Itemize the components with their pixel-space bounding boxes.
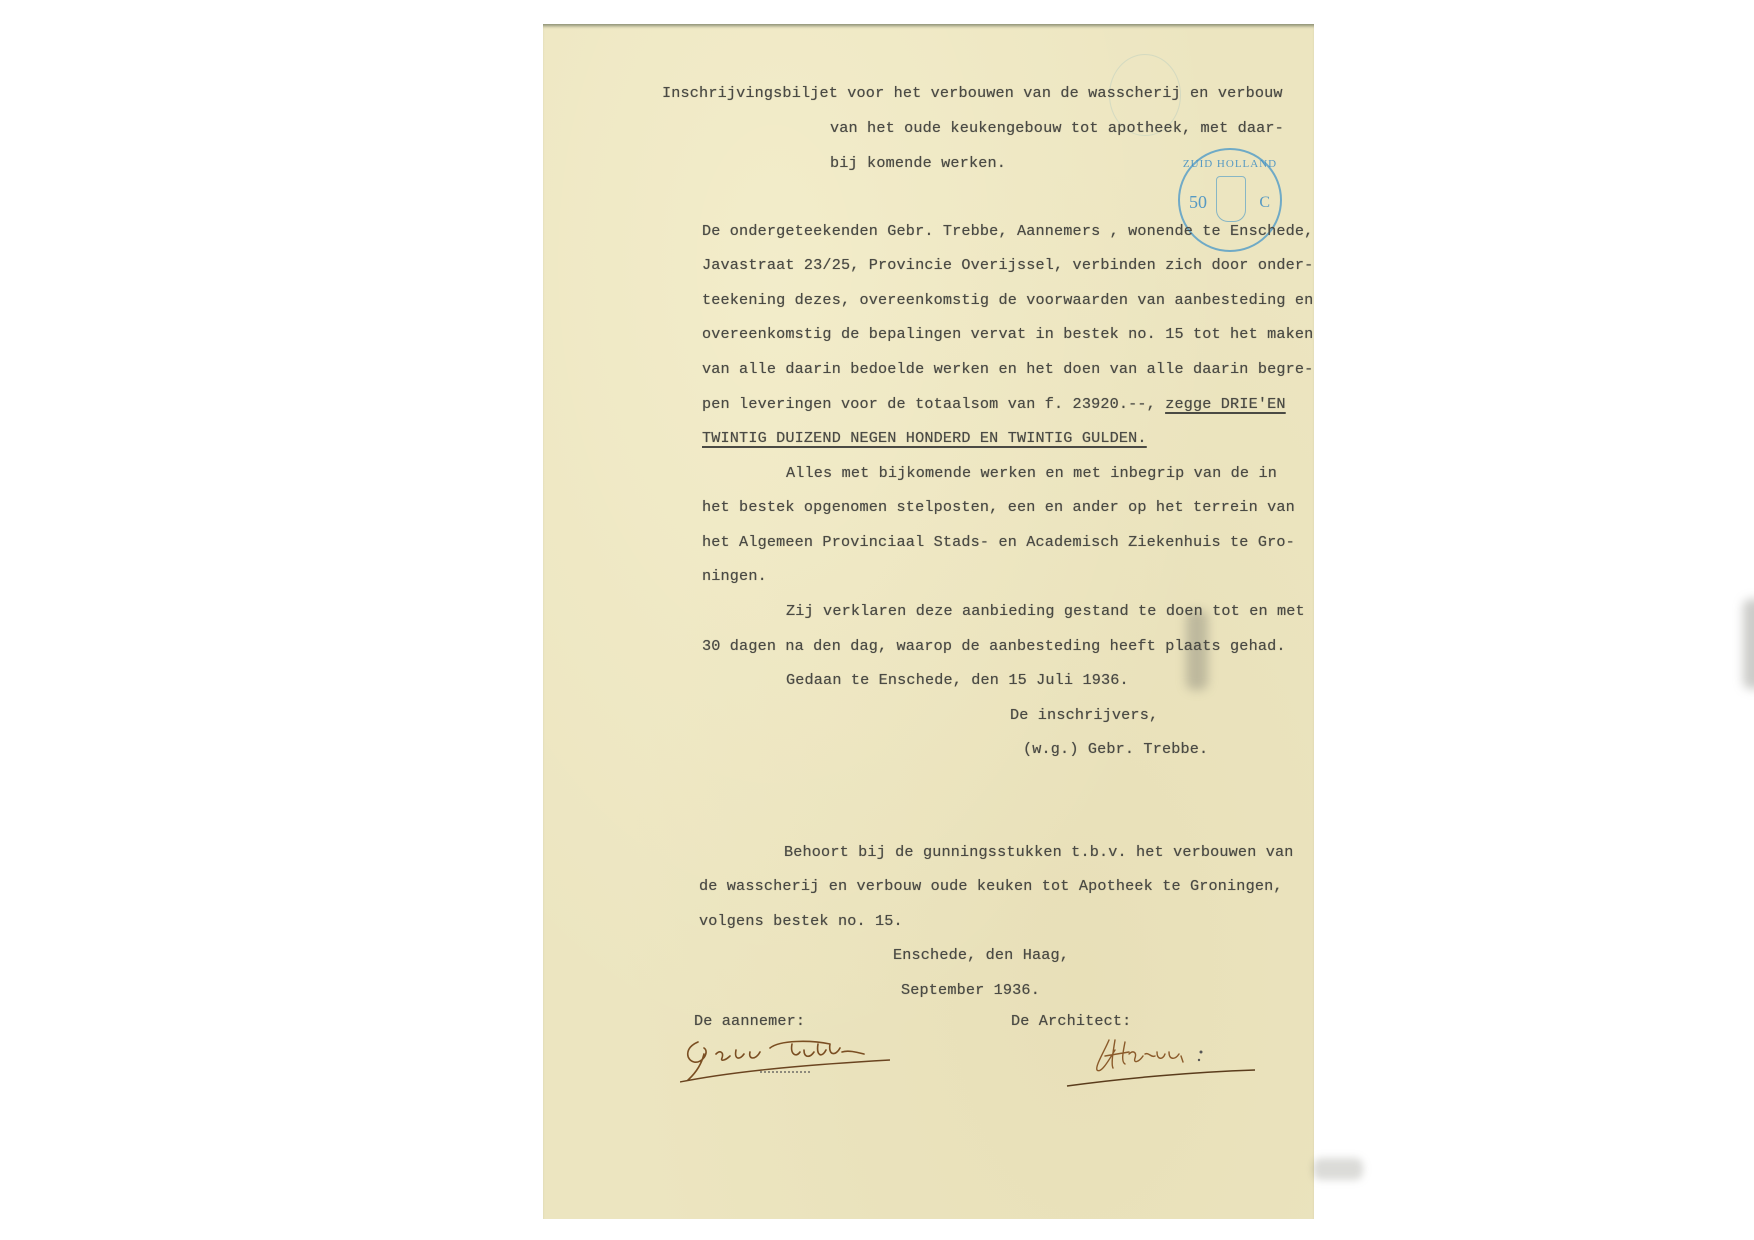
stamp-value: 50 xyxy=(1189,192,1207,213)
smudge xyxy=(1743,599,1754,689)
paragraph1-line: overeenkomstig de bepalingen vervat in b… xyxy=(702,325,1313,343)
stamp-currency: C xyxy=(1259,194,1270,212)
contractor-signature-icon xyxy=(680,1030,900,1090)
signatory-label: De inschrijvers, xyxy=(1010,706,1158,724)
paragraph3-line: Zij verklaren deze aanbieding gestand te… xyxy=(786,602,1305,620)
contractor-label: De aannemer: xyxy=(694,1012,805,1030)
architect-signature-icon xyxy=(1065,1030,1265,1090)
architect-label: De Architect: xyxy=(1011,1012,1131,1030)
paragraph2-line: Alles met bijkomende werken en met inbeg… xyxy=(786,464,1277,482)
stamp-region: ZUID HOLLAND xyxy=(1180,158,1280,170)
paragraph1-line: teekening dezes, overeenkomstig de voorw… xyxy=(702,291,1313,309)
smudge xyxy=(1313,1158,1363,1180)
place-date: Gedaan te Enschede, den 15 Juli 1936. xyxy=(786,671,1129,689)
title-line-3: bij komende werken. xyxy=(830,154,1006,172)
paragraph2-line: het Algemeen Provinciaal Stads- en Acade… xyxy=(702,533,1295,551)
crest-icon xyxy=(1216,176,1246,222)
paragraph1-line: pen leveringen voor de totaalsom van f. … xyxy=(702,395,1286,413)
paragraph1-line: Javastraat 23/25, Provincie Overijssel, … xyxy=(702,256,1313,274)
paragraph1-line: De ondergeteekenden Gebr. Trebbe, Aannem… xyxy=(702,222,1313,240)
annex-place: Enschede, den Haag, xyxy=(893,946,1069,964)
amount-words-line-2: TWINTIG DUIZEND NEGEN HONDERD EN TWINTIG… xyxy=(702,429,1147,447)
annex-line: Behoort bij de gunningsstukken t.b.v. he… xyxy=(784,843,1294,861)
annex-line: de wasscherij en verbouw oude keuken tot… xyxy=(699,877,1283,895)
paragraph1-line: van alle daarin bedoelde werken en het d… xyxy=(702,360,1313,378)
signatory-name: (w.g.) Gebr. Trebbe. xyxy=(1023,740,1208,758)
paragraph2-line: het bestek opgenomen stelposten, een en … xyxy=(702,498,1295,516)
title-line-2: van het oude keukengebouw tot apotheek, … xyxy=(830,119,1284,137)
annex-line: volgens bestek no. 15. xyxy=(699,912,903,930)
paragraph3-line: 30 dagen na den dag, waarop de aanbested… xyxy=(702,637,1286,655)
amount-words: zegge DRIE'EN xyxy=(1165,395,1285,413)
amount-figures: pen leveringen voor de totaalsom van f. … xyxy=(702,395,1165,413)
annex-date: September 1936. xyxy=(901,981,1040,999)
paragraph2-line: ningen. xyxy=(702,567,767,585)
title-line-1: Inschrijvingsbiljet voor het verbouwen v… xyxy=(662,84,1283,102)
